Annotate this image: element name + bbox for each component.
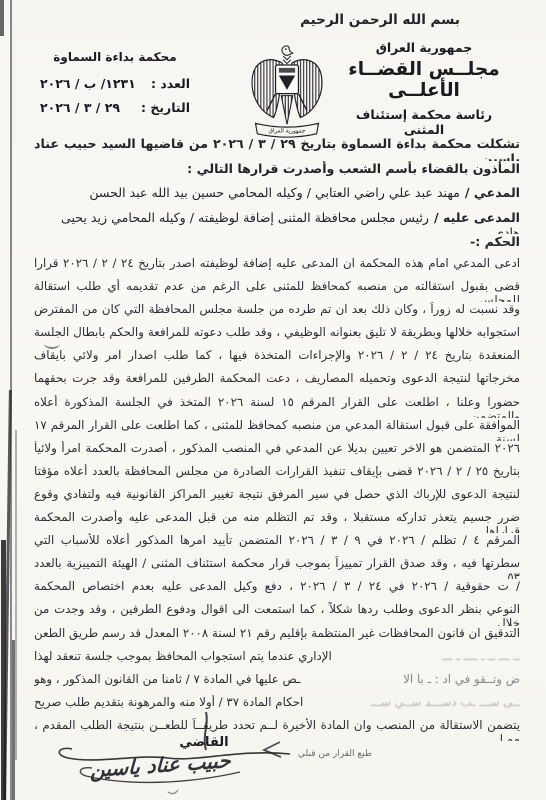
body-line: المرقم ٤ / تظلم / ٢٠٢٦ في ٩ / ٣ / ٢٠٢٦ ا… <box>34 533 520 556</box>
body-line: / ت حقوقية / ٢٠٢٦ في ٢٤ / ٣ / ٢٠٢٦ ، دفع… <box>34 579 520 602</box>
defendant-label: المدعى عليه / <box>434 210 520 225</box>
illegible-fragment: ض وتــقو في اد : ـ با الا <box>403 672 520 695</box>
country-name: جمهورية العراق <box>348 40 500 55</box>
printed-by-note: طبع القرار من قبلي <box>298 749 372 759</box>
body-line: النوعي بنظر الدعوى وطلب ردها شكلاً ، كما… <box>34 602 520 625</box>
plaintiff-label: المدعي / <box>465 185 520 200</box>
supreme-judicial-council-title: مجلــس القضــاء الأعلــى <box>348 59 500 101</box>
case-number-value: ١٢٣١/ ب / ٢٠٢٦ <box>40 76 136 91</box>
body-line: ٢٠٢٦ المتضمن هو الاخر تعيين بديلا عن الم… <box>34 441 520 464</box>
body-line: وقد نسبت له زوراً ، وكان ذلك بعد ان تم ط… <box>34 302 520 325</box>
emblem-banner-text: جمهورية العراق <box>269 128 306 134</box>
plaintiff-row: المدعي /مهند عبد علي راضي العتابي / وكيل… <box>34 185 520 210</box>
letterhead-right-block: جمهورية العراق مجلــس القضــاء الأعلــى … <box>348 40 500 137</box>
date-value: ٢٩ / ٣ / ٢٠٢٦ <box>40 100 120 115</box>
body-line: حضورا وعلنا ، اطلعت على القرار المرقم ١٥… <box>34 395 520 418</box>
scan-edge-artifact <box>0 0 4 36</box>
first-instance-court-name: محكمة بداءة السماوة <box>40 50 190 64</box>
letterhead-left-block: محكمة بداءة السماوة العدد : ١٢٣١/ ب / ٢٠… <box>40 50 190 115</box>
body-line: مخرجاتها لنتيجة الدعوى وتحميله المصاريف … <box>34 371 520 394</box>
judgment-text: ادعى المدعي امام هذه المحكمة ان المدعى ع… <box>34 256 520 741</box>
eagle-head <box>282 46 293 55</box>
appeal-court-title: رئاسة محكمة إستئناف المثنى <box>348 107 500 137</box>
illegible-fragment: ــ ـــ ــ ـ ــــ ـ ـــ <box>442 649 520 672</box>
bismillah-heading: بسم الله الرحمن الرحيم <box>300 12 460 28</box>
body-line: التدقيق ان قانون المحافظات غير المنتظمة … <box>34 626 520 649</box>
legible-fragment: الإداري عندما يتم استجواب المحافظ بموجب … <box>34 649 332 672</box>
case-intro-block: تشكلت محكمة بداءة السماوة بتاريخ ٢٩ / ٣ … <box>34 136 520 259</box>
body-line: ادعى المدعي امام هذه المحكمة ان المدعى ع… <box>34 256 520 279</box>
case-number-label: العدد : <box>151 76 190 91</box>
body-line: سطرتها فيه ، وقد صدق القرار تمييزاً بموج… <box>34 556 520 579</box>
body-line: بتاريخ ٢٥ / ٢ / ٢٠٢٦ قضى بإيقاف تنفيذ ال… <box>34 464 520 487</box>
body-line: ضرر جسيم يتعذر تداركه مستقبلا ، وقد تم ا… <box>34 510 520 533</box>
court-formation-line-1: تشكلت محكمة بداءة السماوة بتاريخ ٢٩ / ٣ … <box>34 136 520 161</box>
case-number-row: العدد : ١٢٣١/ ب / ٢٠٢٦ <box>40 76 190 91</box>
iraq-eagle-emblem-icon: جمهورية العراق <box>244 44 330 141</box>
body-line: استجوابه خلالها وبطريقة لا تليق بعنوانه … <box>34 325 520 348</box>
date-label: التاريخ : <box>141 100 190 115</box>
signature-flourish <box>28 702 308 800</box>
legible-fragment: ـص عليها في المادة ٧ / ثامنا من القانون … <box>34 672 300 695</box>
body-line: المنعقدة بتاريخ ٢٤ / ٢ / ٢٠٢٦ والإجراءات… <box>34 348 520 371</box>
scan-edge-artifact <box>12 640 15 800</box>
plaintiff-name: مهند عبد علي راضي العتابي / وكيله المحام… <box>89 185 460 200</box>
scanned-court-document: بسم الله الرحمن الرحيم جمهورية العراق مج… <box>0 0 546 800</box>
body-line: قضى بقبول استقالته من منصبه كمحافظ للمثن… <box>34 279 520 302</box>
body-line: الموافقة على قبول استقالة المدعي من منصب… <box>34 418 520 441</box>
court-formation-line-2: المأذون بالقضاء بأسم الشعب وأصدرت قرارها… <box>34 161 520 186</box>
body-line-faded: ض وتــقو في اد : ـ با الا ـص عليها في ال… <box>34 672 520 695</box>
date-row: التاريخ : ٢٩ / ٣ / ٢٠٢٦ <box>40 100 190 115</box>
illegible-fragment: ــى ســـ ـب دســـد ســي ســـ <box>371 695 520 718</box>
defendant-row: المدعى عليه /رئيس مجلس محافظة المثنى إضا… <box>34 210 520 235</box>
scan-edge-artifact <box>1 540 6 800</box>
eagle-tail <box>281 96 292 125</box>
body-line: لنتيجة الدعوى للإرباك الذي حصل في سير ال… <box>34 487 520 510</box>
scan-edge-artifact <box>15 430 17 760</box>
body-line-faded: ــ ـــ ــ ـ ــــ ـ ـــ الإداري عندما يتم… <box>34 649 520 672</box>
